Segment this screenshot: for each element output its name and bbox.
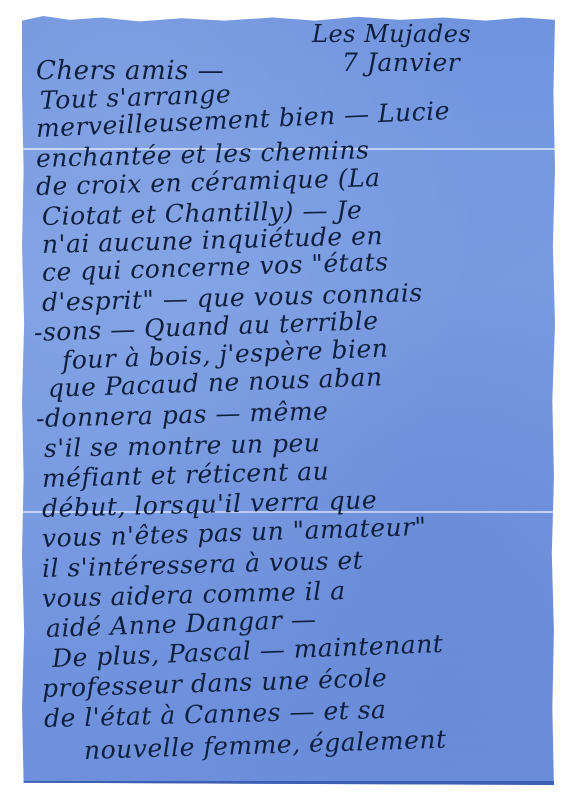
letter-paper: Les Mujades 7 Janvier Chers amis — Tout …	[22, 16, 555, 785]
paper-bottom-edge	[22, 781, 555, 785]
letter-line: nouvelle femme, également	[84, 725, 447, 765]
letter-date: 7 Janvier	[342, 48, 460, 77]
letter-place: Les Mujades	[312, 20, 471, 48]
letter-line: -donnera pas — même	[36, 396, 329, 433]
